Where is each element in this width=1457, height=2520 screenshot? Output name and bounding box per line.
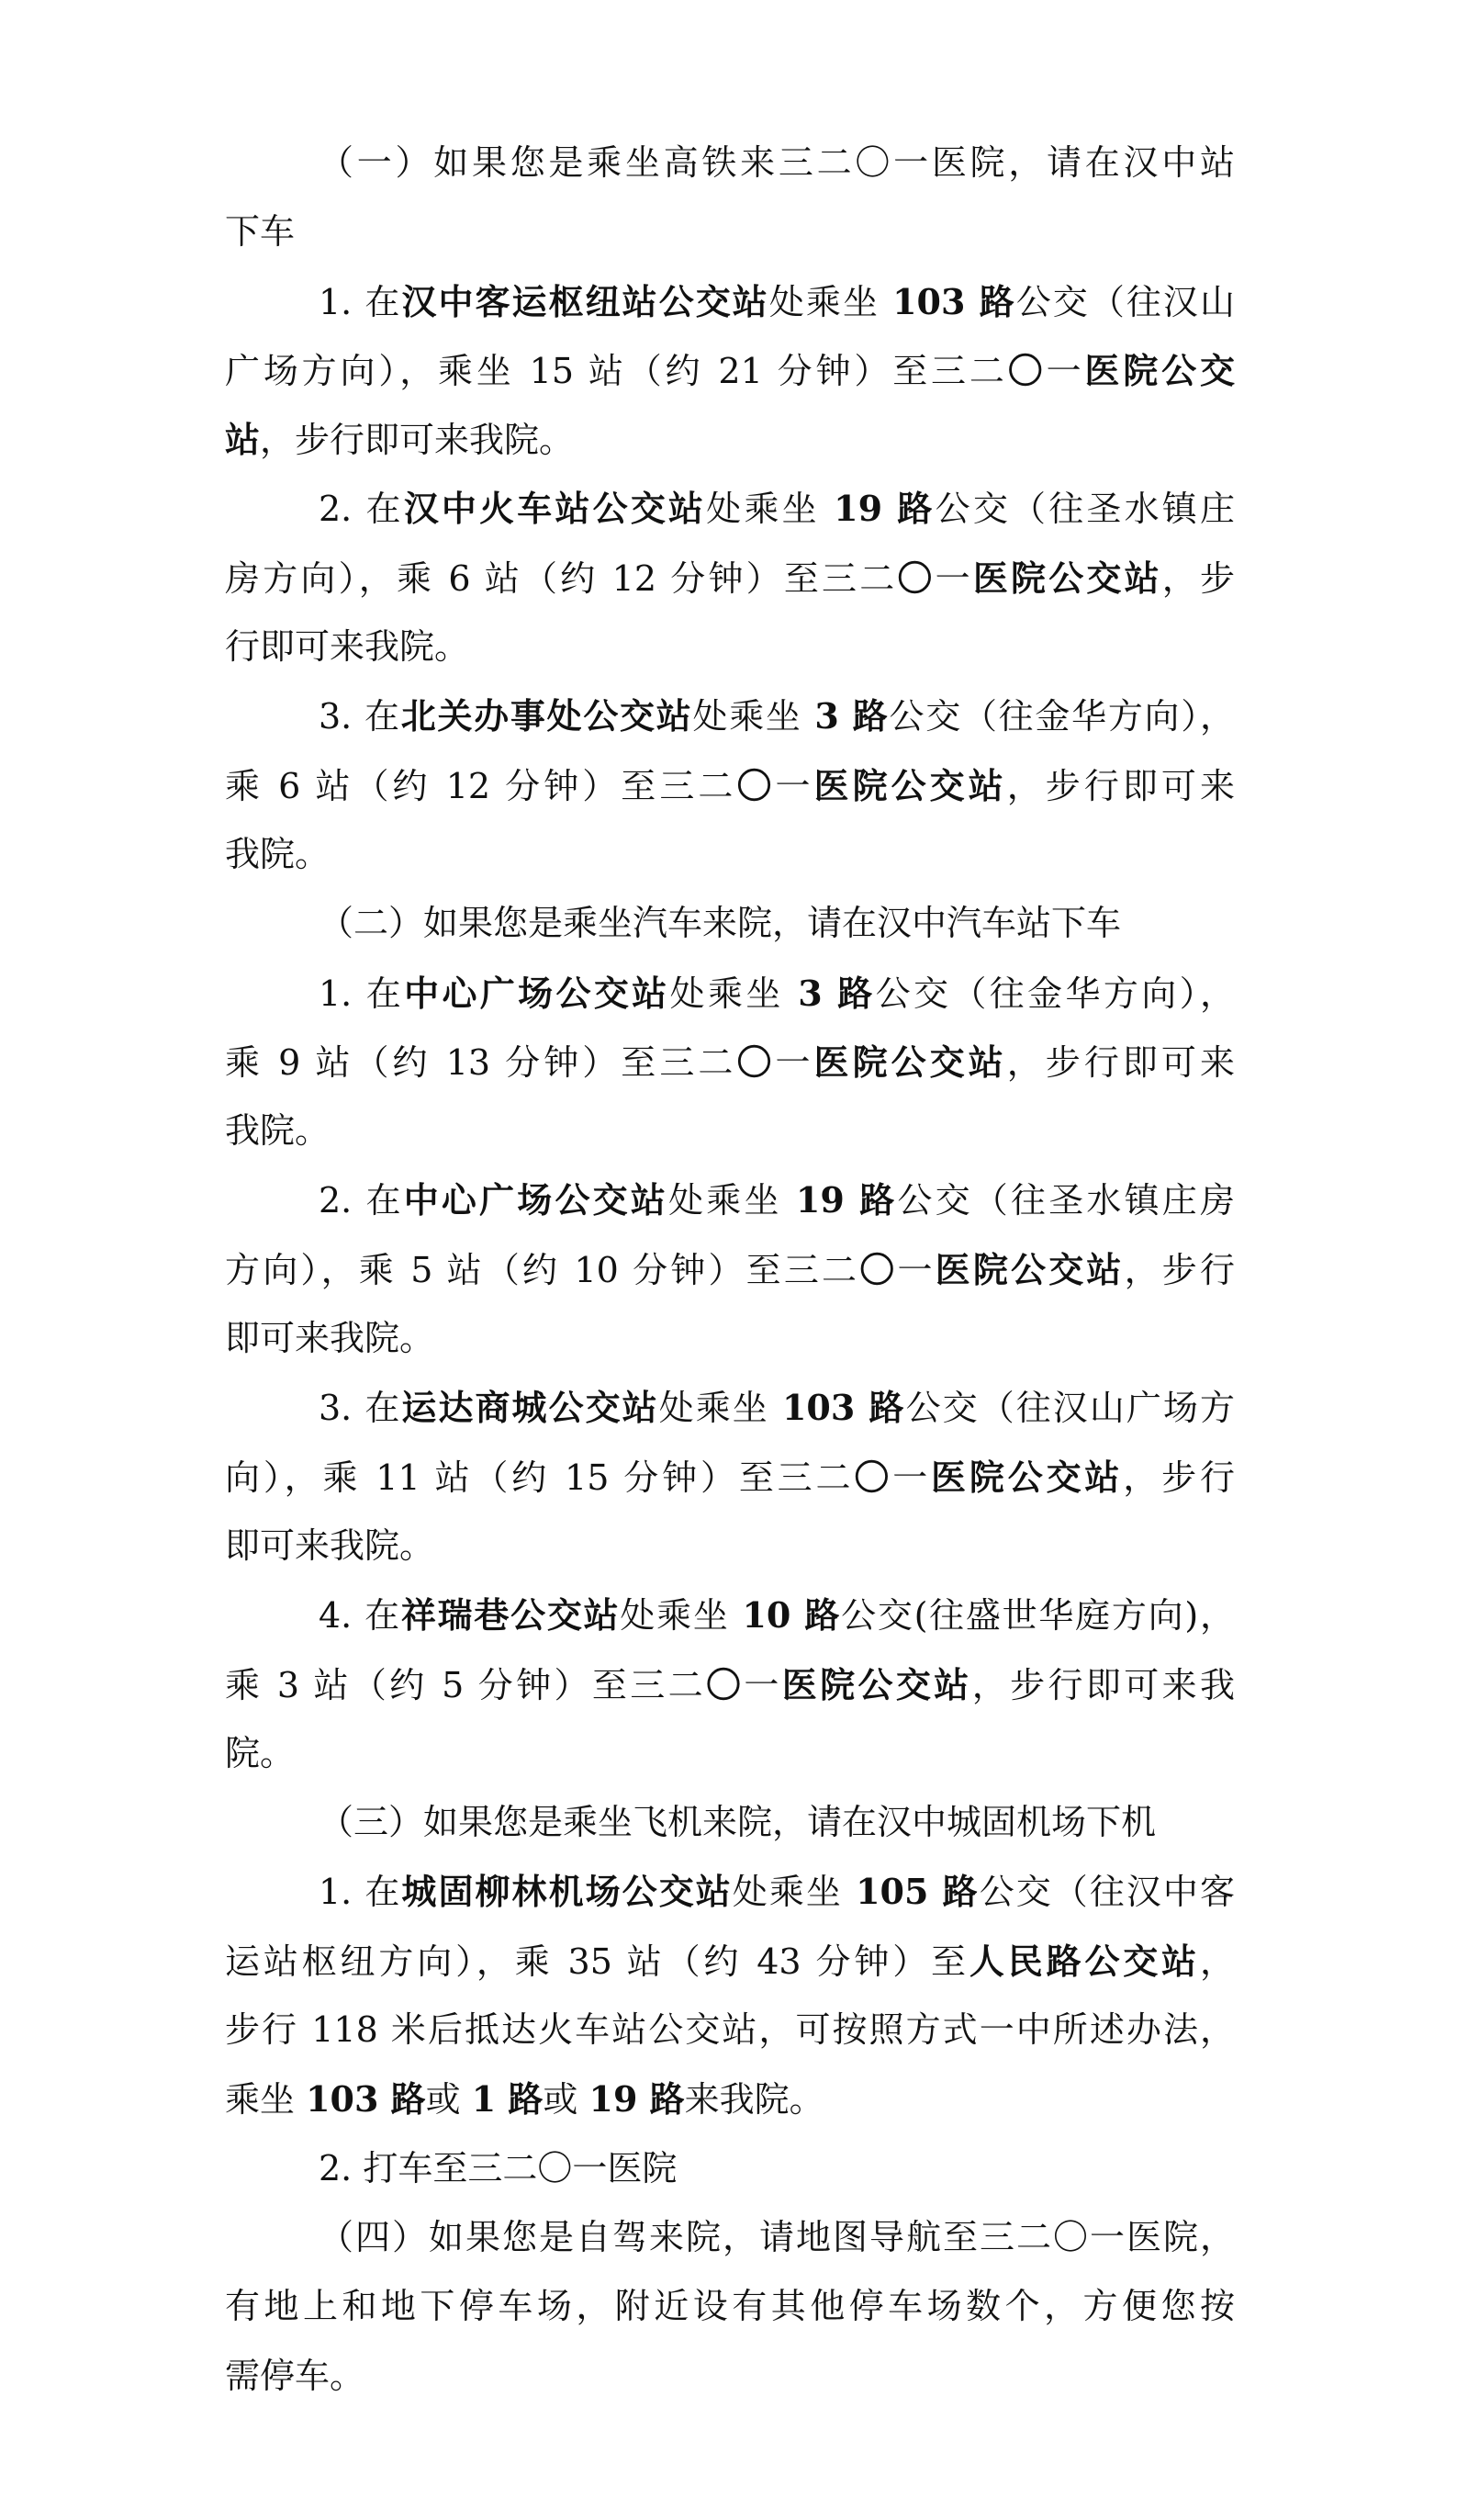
paragraph-sec2-item3: 3. 在运达商城公交站处乘坐 103 路公交（往汉山广场方向），乘 11 站（约… [225, 1373, 1235, 1581]
text-run: 乘 6 站（约 12 分钟）至三二 [225, 766, 736, 806]
text-run: 一 [744, 1665, 781, 1705]
paragraph-sec3-item1: 1. 在城固柳林机场公交站处乘坐 105 路公交（往汉中客运站枢纽方向），乘 3… [225, 1857, 1235, 2133]
text-run: 公交（往汉山 [1016, 282, 1235, 322]
text-run: 即可来我院。 [225, 1525, 434, 1566]
bold-text-run: 汉中客运枢纽站公交站 [401, 281, 768, 322]
text-run: 2. 打车至三二〇一医院 [319, 2148, 677, 2188]
text-run: 〇 [706, 1665, 744, 1705]
text-line: 4. 在祥瑞巷公交站处乘坐 10 路公交(往盛世华庭方向)， [225, 1581, 1235, 1649]
text-line: 步行 118 米后抵达火车站公交站，可按照方式一中所述办法， [225, 1996, 1235, 2064]
text-line: 站，步行即可来我院。 [225, 405, 1235, 474]
text-line: 乘 6 站（约 12 分钟）至三二〇一医院公交站，步行即可来 [225, 751, 1235, 820]
text-line: 向），乘 11 站（约 15 分钟）至三二〇一医院公交站，步行 [225, 1443, 1235, 1512]
text-run: 行即可来我院。 [225, 626, 469, 667]
text-run: 〇 [1008, 351, 1047, 391]
bold-text-run: 医院公交站 [931, 1457, 1123, 1498]
text-line: 房方向），乘 6 站（约 12 分钟）至三二〇一医院公交站，步 [225, 544, 1235, 613]
text-run: 〇 [897, 558, 935, 599]
text-line: （一）如果您是乘坐高铁来三二〇一医院，请在汉中站 [225, 129, 1235, 197]
bold-text-run: 3 路 [814, 695, 889, 737]
text-run: 3. 在 [319, 696, 401, 737]
bold-text-run: 中心广场公交站 [404, 973, 670, 1014]
bold-text-run: 10 路 [742, 1594, 841, 1636]
text-run: 即可来我院。 [225, 1318, 434, 1358]
text-run: 处乘坐 [692, 696, 814, 737]
text-run: （二）如果您是乘坐汽车来院，请在汉中汽车站下车 [319, 903, 1121, 943]
text-line: 1. 在汉中客运枢纽站公交站处乘坐 103 路公交（往汉山 [225, 267, 1235, 336]
text-line: 方向），乘 5 站（约 10 分钟）至三二〇一医院公交站，步行 [225, 1235, 1235, 1304]
text-run: 乘 3 站（约 5 分钟）至三二 [225, 1665, 706, 1705]
text-run: 公交（往圣水镇庄 [936, 489, 1235, 529]
text-run: 公交（往汉山广场方 [906, 1388, 1235, 1428]
text-run: 1. 在 [319, 973, 404, 1014]
text-run: 乘坐 [225, 2079, 306, 2120]
text-line: 我院。 [225, 820, 1235, 889]
paragraph-sec1-item1: 1. 在汉中客运枢纽站公交站处乘坐 103 路公交（往汉山广场方向），乘坐 15… [225, 267, 1235, 475]
text-run: 处乘坐 [668, 1180, 796, 1221]
text-run: 步行 118 米后抵达火车站公交站，可按照方式一中所述办法， [225, 2009, 1235, 2050]
text-run: 一 [936, 558, 973, 599]
text-line: 2. 打车至三二〇一医院 [225, 2134, 1235, 2203]
paragraph-sec3-heading: （三）如果您是乘坐飞机来院，请在汉中城固机场下机 [225, 1788, 1235, 1857]
text-run: 1. 在 [319, 1872, 401, 1912]
text-run: ，步行即可来我 [972, 1665, 1235, 1705]
bold-text-run: 运达商城公交站 [401, 1387, 658, 1428]
text-line: 乘坐 103 路或 1 路或 19 路来我院。 [225, 2064, 1235, 2133]
text-line: 1. 在中心广场公交站处乘坐 3 路公交（往金华方向）， [225, 959, 1235, 1028]
text-run: 公交（往金华方向）， [890, 696, 1235, 737]
text-run: ，步 [1162, 558, 1235, 599]
text-run: ，步行 [1125, 1250, 1235, 1290]
bold-text-run: 1 路 [472, 2078, 544, 2120]
text-run: 来我院。 [685, 2079, 824, 2120]
text-run: 3. 在 [319, 1388, 401, 1428]
text-run: （三）如果您是乘坐飞机来院，请在汉中城固机场下机 [319, 1802, 1156, 1842]
text-run: 下车 [225, 211, 295, 252]
text-run: 1. 在 [319, 282, 401, 322]
bold-text-run: 105 路 [856, 1871, 980, 1912]
text-line: 运站枢纽方向），乘 35 站（约 43 分钟）至人民路公交站， [225, 1927, 1235, 1996]
paragraph-sec1-item2: 2. 在汉中火车站公交站处乘坐 19 路公交（往圣水镇庄房方向），乘 6 站（约… [225, 474, 1235, 681]
text-run: 或 [426, 2079, 472, 2120]
text-run: 4. 在 [319, 1595, 401, 1636]
bold-text-run: 医院公交站 [814, 765, 1007, 806]
text-run: 我院。 [225, 834, 330, 874]
text-run: 一 [897, 1250, 935, 1290]
text-run: （四）如果您是自驾来院，请地图导航至三二〇一医院， [319, 2217, 1235, 2257]
text-run: 〇 [859, 1250, 897, 1290]
text-run: 公交（往金华方向）， [876, 973, 1235, 1014]
bold-text-run: 19 路 [834, 488, 936, 529]
text-line: 有地上和地下停车场，附近设有其他停车场数个，方便您按 [225, 2272, 1235, 2341]
text-run: ，步行即可来 [1007, 766, 1235, 806]
text-run: 方向），乘 5 站（约 10 分钟）至三二 [225, 1250, 859, 1290]
text-run: 一 [1047, 351, 1085, 391]
text-run: 处乘坐 [659, 1388, 782, 1428]
text-run: 我院。 [225, 1110, 330, 1151]
bold-text-run: 站 [225, 419, 260, 460]
text-run: 公交(往盛世华庭方向)， [841, 1595, 1235, 1636]
document-page: （一）如果您是乘坐高铁来三二〇一医院，请在汉中站下车1. 在汉中客运枢纽站公交站… [225, 129, 1235, 2411]
text-run: 处乘坐 [670, 973, 799, 1014]
bold-text-run: 医院公交站 [973, 557, 1162, 599]
bold-text-run: 103 路 [892, 281, 1016, 322]
text-line: 乘 3 站（约 5 分钟）至三二〇一医院公交站，步行即可来我 [225, 1650, 1235, 1719]
text-run: 2. 在 [319, 1180, 404, 1221]
bold-text-run: 医院公交站 [936, 1249, 1125, 1290]
paragraph-sec2-item2: 2. 在中心广场公交站处乘坐 19 路公交（往圣水镇庄房方向），乘 5 站（约 … [225, 1165, 1235, 1373]
text-run: ，步行即可来我院。 [260, 420, 574, 460]
text-run: ，步行即可来 [1007, 1042, 1235, 1083]
text-line: 即可来我院。 [225, 1304, 1235, 1373]
paragraph-sec4-heading: （四）如果您是自驾来院，请地图导航至三二〇一医院，有地上和地下停车场，附近设有其… [225, 2203, 1235, 2411]
bold-text-run: 祥瑞巷公交站 [401, 1594, 621, 1636]
text-line: 3. 在运达商城公交站处乘坐 103 路公交（往汉山广场方 [225, 1373, 1235, 1442]
paragraph-sec3-item2: 2. 打车至三二〇一医院 [225, 2134, 1235, 2203]
text-line: （四）如果您是自驾来院，请地图导航至三二〇一医院， [225, 2203, 1235, 2272]
text-line: 需停车。 [225, 2342, 1235, 2411]
bold-text-run: 人民路公交站 [969, 1941, 1200, 1982]
text-line: 2. 在中心广场公交站处乘坐 19 路公交（往圣水镇庄房 [225, 1165, 1235, 1234]
text-run: 房方向），乘 6 站（约 12 分钟）至三二 [225, 558, 897, 599]
paragraph-sec2-item1: 1. 在中心广场公交站处乘坐 3 路公交（往金华方向），乘 9 站（约 13 分… [225, 959, 1235, 1166]
bold-text-run: 19 路 [796, 1179, 898, 1221]
text-run: 或 [543, 2079, 588, 2120]
text-line: 院。 [225, 1719, 1235, 1788]
text-run: 〇 [736, 1042, 775, 1083]
text-run: 运站枢纽方向），乘 35 站（约 43 分钟）至 [225, 1941, 969, 1982]
text-line: （二）如果您是乘坐汽车来院，请在汉中汽车站下车 [225, 889, 1235, 958]
bold-text-run: 北关办事处公交站 [401, 695, 693, 737]
text-run: 乘 9 站（约 13 分钟）至三二 [225, 1042, 736, 1083]
text-run: 公交（往汉中客 [980, 1872, 1235, 1912]
text-line: 广场方向），乘坐 15 站（约 21 分钟）至三二〇一医院公交 [225, 336, 1235, 405]
text-run: 需停车。 [225, 2356, 364, 2396]
bold-text-run: 中心广场公交站 [404, 1179, 668, 1221]
text-run: ，步行 [1123, 1457, 1235, 1498]
text-run: 公交（往圣水镇庄房 [897, 1180, 1235, 1221]
text-run: 处乘坐 [620, 1595, 742, 1636]
bold-text-run: 19 路 [589, 2078, 685, 2120]
text-line: 2. 在汉中火车站公交站处乘坐 19 路公交（往圣水镇庄 [225, 474, 1235, 543]
text-run: 处乘坐 [769, 282, 892, 322]
text-run: （一）如果您是乘坐高铁来三二〇一医院，请在汉中站 [319, 142, 1235, 183]
bold-text-run: 汉中火车站公交站 [404, 488, 707, 529]
bold-text-run: 城固柳林机场公交站 [401, 1871, 732, 1912]
text-line: 3. 在北关办事处公交站处乘坐 3 路公交（往金华方向）， [225, 681, 1235, 750]
text-run: 院。 [225, 1733, 295, 1773]
paragraph-sec2-item4: 4. 在祥瑞巷公交站处乘坐 10 路公交(往盛世华庭方向)，乘 3 站（约 5 … [225, 1581, 1235, 1788]
bold-text-run: 3 路 [798, 973, 875, 1014]
text-run: 一 [775, 1042, 813, 1083]
text-run: 一 [775, 766, 813, 806]
bold-text-run: 医院公交 [1084, 350, 1235, 391]
text-line: （三）如果您是乘坐飞机来院，请在汉中城固机场下机 [225, 1788, 1235, 1857]
bold-text-run: 医院公交站 [782, 1664, 972, 1705]
text-run: 2. 在 [319, 489, 404, 529]
bold-text-run: 103 路 [782, 1387, 906, 1428]
text-line: 乘 9 站（约 13 分钟）至三二〇一医院公交站，步行即可来 [225, 1028, 1235, 1097]
text-run: ， [1200, 1941, 1235, 1982]
text-run: 向），乘 11 站（约 15 分钟）至三二 [225, 1457, 854, 1498]
text-line: 即可来我院。 [225, 1512, 1235, 1581]
text-run: 一 [892, 1457, 931, 1498]
bold-text-run: 医院公交站 [814, 1041, 1007, 1083]
text-run: 处乘坐 [733, 1872, 856, 1912]
text-run: 有地上和地下停车场，附近设有其他停车场数个，方便您按 [225, 2286, 1235, 2326]
text-line: 下车 [225, 197, 1235, 266]
text-run: 广场方向），乘坐 15 站（约 21 分钟）至三二 [225, 351, 1008, 391]
text-run: 处乘坐 [706, 489, 834, 529]
paragraph-sec1-heading: （一）如果您是乘坐高铁来三二〇一医院，请在汉中站下车 [225, 129, 1235, 267]
text-line: 1. 在城固柳林机场公交站处乘坐 105 路公交（往汉中客 [225, 1857, 1235, 1926]
paragraph-sec2-heading: （二）如果您是乘坐汽车来院，请在汉中汽车站下车 [225, 889, 1235, 958]
text-run: 〇 [854, 1457, 892, 1498]
text-run: 〇 [736, 766, 775, 806]
text-line: 我院。 [225, 1097, 1235, 1165]
bold-text-run: 103 路 [306, 2078, 426, 2120]
text-line: 行即可来我院。 [225, 613, 1235, 681]
paragraph-sec1-item3: 3. 在北关办事处公交站处乘坐 3 路公交（往金华方向），乘 6 站（约 12 … [225, 681, 1235, 889]
